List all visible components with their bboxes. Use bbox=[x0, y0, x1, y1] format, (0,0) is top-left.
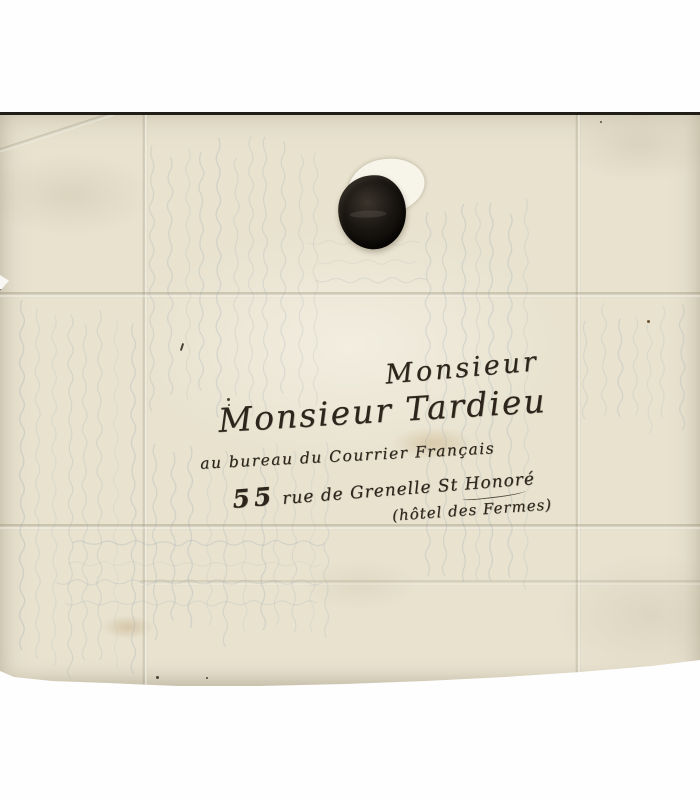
letter-paper: Monsieur Monsieur Tardieu au bureau du C… bbox=[0, 115, 700, 688]
scanned-letter-photo: Monsieur Monsieur Tardieu au bureau du C… bbox=[0, 0, 700, 800]
fold-crease-horizontal-faint bbox=[140, 580, 700, 586]
ink-speck bbox=[227, 398, 230, 401]
fold-crease-horizontal-upper bbox=[0, 292, 700, 298]
fold-crease-vertical-left bbox=[142, 115, 148, 688]
ink-speck bbox=[180, 343, 184, 351]
ink-speck bbox=[228, 404, 230, 406]
paper-edge-notch bbox=[0, 275, 9, 291]
fold-crease-vertical-right bbox=[575, 115, 581, 688]
ink-speck bbox=[156, 676, 159, 679]
ink-speck bbox=[600, 121, 602, 123]
ink-speck bbox=[647, 320, 650, 323]
scan-edge-line bbox=[0, 112, 700, 115]
address-recipient: Monsieur Tardieu bbox=[217, 381, 548, 440]
fold-crease-horizontal-lower bbox=[0, 524, 700, 530]
ink-speck bbox=[206, 677, 208, 679]
street-number: 55 bbox=[231, 482, 276, 514]
